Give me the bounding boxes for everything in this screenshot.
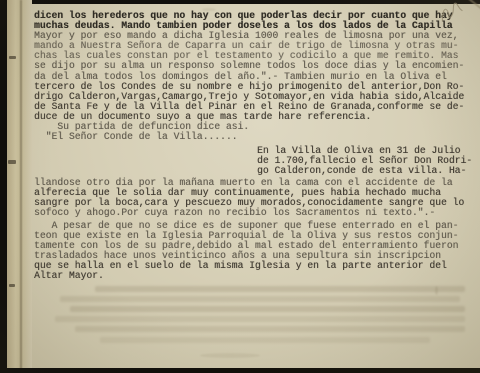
smudge-mark (200, 353, 260, 358)
typewritten-text-block: dicen los herederos que no hay con que p… (34, 11, 478, 281)
text-line: Altar Mayor. (34, 271, 478, 281)
death-record-continuation: llandose otro dia por la mañana muerto e… (34, 178, 478, 218)
text-line: "El Señor Conde de la Villa...... (34, 132, 478, 142)
binding-notch (8, 160, 16, 164)
scan-edge-left (0, 0, 7, 373)
smudge-mark (435, 286, 438, 295)
text-line: llandose otro dia por la mañana muerto e… (34, 178, 478, 188)
text-line: go Calderon,conde de esta villa. Ha- (257, 166, 478, 176)
bleedthrough-line (75, 326, 465, 332)
bleedthrough-line (55, 316, 465, 322)
binding-notch (9, 56, 16, 59)
bleedthrough-line (60, 296, 460, 302)
scanned-typewritten-page: dicen los herederos que no hay con que p… (0, 0, 480, 373)
text-line: trasladados hace unos veinticinco años a… (34, 251, 478, 261)
binding-notch (9, 284, 15, 287)
book-binding-strip (7, 0, 32, 373)
closing-paragraph: A pesar de que no se dice es de suponer … (34, 221, 478, 282)
text-line: sofoco y ahogo.Por cuya razon no recibio… (34, 208, 478, 218)
text-line: da del alma todos los domingos del año."… (34, 72, 478, 82)
death-record-right-column: En la Villa de Oliva en 31 de Julio de 1… (257, 146, 478, 176)
bleedthrough-line (100, 337, 430, 343)
scan-edge-bottom (0, 368, 480, 373)
bleedthrough-line (95, 286, 465, 292)
bleedthrough-line (70, 306, 465, 312)
scan-edge-top (0, 0, 480, 4)
binding-crease (20, 0, 22, 373)
smudge-mark (202, 8, 216, 11)
